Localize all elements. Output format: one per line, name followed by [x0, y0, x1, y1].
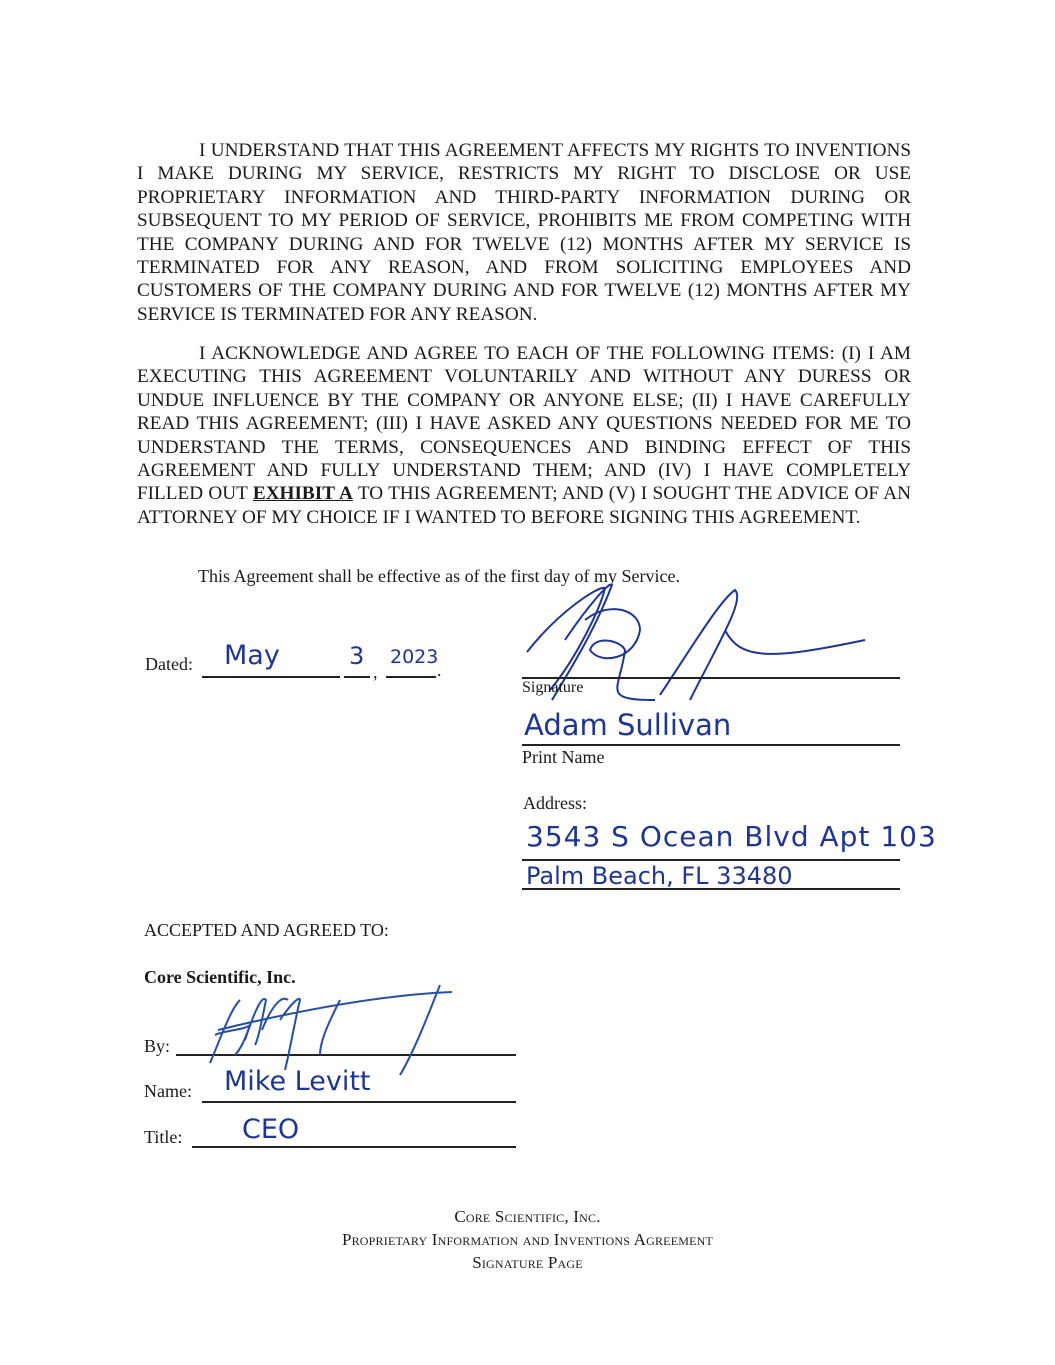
date-year-line [386, 676, 436, 678]
exhibit-a-reference: EXHIBIT A [253, 483, 353, 504]
footer-signature-page: Signature Page [0, 1253, 1055, 1273]
print-name-value[interactable]: Adam Sullivan [524, 708, 731, 742]
company-name: Core Scientific, Inc. [144, 967, 296, 988]
acknowledge-text: I ACKNOWLEDGE AND AGREE TO EACH OF THE F… [137, 343, 911, 504]
address-line-2 [522, 888, 900, 890]
footer-agreement-title: Proprietary Information and Inventions A… [0, 1230, 1055, 1250]
signer-title-value[interactable]: CEO [242, 1114, 299, 1145]
signer-name-value[interactable]: Mike Levitt [224, 1066, 371, 1097]
title-label: Title: [144, 1127, 182, 1148]
date-year-value[interactable]: 2023 [390, 646, 438, 668]
accepted-label: ACCEPTED AND AGREED TO: [144, 920, 389, 941]
address-label: Address: [523, 793, 587, 814]
date-day-value[interactable]: 3 [349, 642, 364, 670]
date-comma: , [373, 662, 378, 683]
print-name-label: Print Name [522, 747, 605, 768]
dated-label: Dated: [145, 654, 193, 675]
by-line [176, 1054, 516, 1056]
print-name-line [522, 744, 900, 746]
rights-text: I UNDERSTAND THAT THIS AGREEMENT AFFECTS… [137, 140, 911, 325]
address-line-1 [522, 859, 900, 861]
company-signature-scribble-icon [0, 0, 1, 1]
title-line [192, 1146, 516, 1148]
address-line-1-value[interactable]: 3543 S Ocean Blvd Apt 103 [526, 820, 937, 853]
name-label: Name: [144, 1081, 192, 1102]
voluntary-acknowledgement-paragraph: I ACKNOWLEDGE AND AGREE TO EACH OF THE F… [137, 342, 911, 529]
footer-company: Core Scientific, Inc. [0, 1207, 1055, 1227]
date-month-line [202, 676, 340, 678]
date-day-line [344, 676, 370, 678]
name-line [202, 1101, 516, 1103]
by-label: By: [144, 1036, 170, 1057]
rights-acknowledgement-paragraph: I UNDERSTAND THAT THIS AGREEMENT AFFECTS… [137, 139, 911, 326]
signature-label: Signature [522, 679, 583, 697]
address-line-2-value[interactable]: Palm Beach, FL 33480 [526, 862, 793, 890]
effective-date-statement: This Agreement shall be effective as of … [198, 566, 680, 587]
date-month-value[interactable]: May [224, 640, 280, 671]
